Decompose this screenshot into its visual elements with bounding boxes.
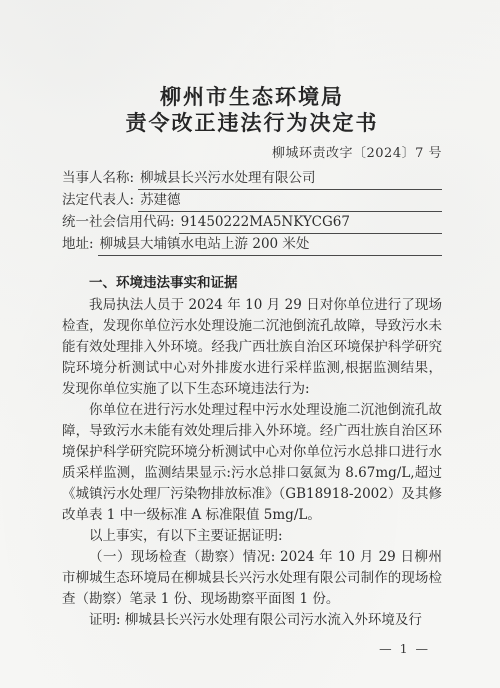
party-info-fields: 当事人名称: 柳城县长兴污水处理有限公司 法定代表人: 苏建德 统一社会信用代码… [62,167,442,255]
document-title: 柳州市生态环境局 责令改正违法行为决定书 [62,84,442,136]
field-row-legal-representative: 法定代表人: 苏建德 [62,189,442,211]
document-body: 一、环境违法事实和证据 我局执法人员于 2024 年 10 月 29 日对你单位… [62,273,442,631]
paragraph-evidence-proof: 证明: 柳城县长兴污水处理有限公司污水流入外环境及行 [62,610,442,631]
page-number: — 1 — [379,641,430,656]
document-number: 柳城环责改字〔2024〕7 号 [62,142,442,161]
field-row-credit-code: 统一社会信用代码: 91450222MA5NKYCG67 [62,211,442,233]
paragraph-evidence-item-1: （一）现场检查（勘察）情况: 2024 年 10 月 29 日柳州市柳城生态环境… [62,547,442,610]
field-row-party-name: 当事人名称: 柳城县长兴污水处理有限公司 [62,167,442,189]
title-line-authority: 柳州市生态环境局 [62,84,442,110]
field-value: 柳城县大埔镇水电站上游 200 米处 [98,233,442,256]
section-heading-facts-evidence: 一、环境违法事实和证据 [62,273,442,294]
field-value: 91450222MA5NKYCG67 [179,211,442,234]
paragraph-inspection-findings: 我局执法人员于 2024 年 10 月 29 日对你单位进行了现场检查，发现你单… [62,295,442,400]
field-label: 统一社会信用代码: [62,211,179,233]
field-value: 柳城县长兴污水处理有限公司 [138,167,442,190]
field-row-address: 地址: 柳城县大埔镇水电站上游 200 米处 [62,233,442,255]
field-label: 法定代表人: [62,189,138,211]
field-label: 当事人名称: [62,167,138,189]
paragraph-evidence-intro: 以上事实，有以下主要证据证明: [62,526,442,547]
field-value: 苏建德 [138,189,442,212]
title-line-doctype: 责令改正违法行为决定书 [62,110,442,136]
field-label: 地址: [62,233,98,255]
document-content: 柳州市生态环境局 责令改正违法行为决定书 柳城环责改字〔2024〕7 号 当事人… [62,0,442,631]
paragraph-violation-details: 你单位在进行污水处理过程中污水处理设施二沉池倒流孔故障，导致污水未能有效处理后排… [62,400,442,526]
scanned-document-page: 柳州市生态环境局 责令改正违法行为决定书 柳城环责改字〔2024〕7 号 当事人… [0,0,500,688]
